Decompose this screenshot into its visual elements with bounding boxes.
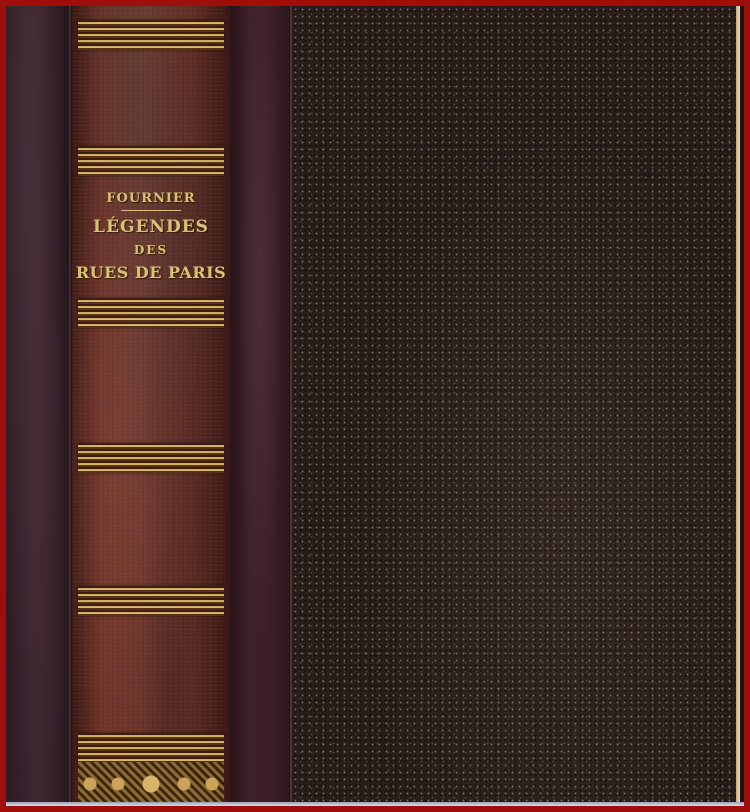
spine-title-line1: LÉGENDES [72,217,230,237]
book-photo: FOURNIER LÉGENDES DES RUES DE PARIS [6,6,744,806]
spine-title-line2: DES [72,243,230,257]
page-edge [736,6,740,806]
spine-author: FOURNIER [72,191,230,206]
spine-title-line3: RUES DE PARIS [72,263,230,282]
front-board-joint [230,6,292,806]
gilt-band-4 [78,443,224,473]
gilt-band-3 [78,298,224,328]
spine-title-block: FOURNIER LÉGENDES DES RUES DE PARIS [72,191,230,282]
gilt-band-2 [78,146,224,176]
gilt-band-5 [78,586,224,616]
bottom-page-edge [6,802,744,806]
book-spine: FOURNIER LÉGENDES DES RUES DE PARIS [72,6,230,806]
gilt-band-6 [78,733,224,763]
gilt-band-1 [78,20,224,50]
front-cover [292,6,740,806]
tail-ornament-icon [78,762,224,806]
title-rule [121,210,181,211]
back-board-edge [6,6,72,806]
